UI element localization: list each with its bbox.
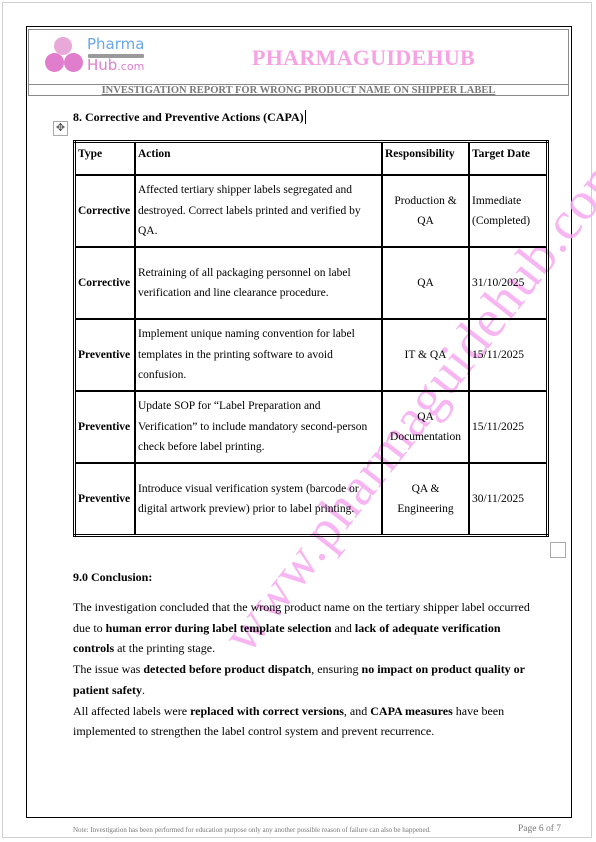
table-row: Preventive Implement unique naming conve… [75, 319, 548, 391]
logo-circle-icon [64, 53, 83, 72]
logo-text-hub: Hub.com [87, 56, 144, 74]
logo-circle-icon [45, 53, 64, 72]
action-cell: Implement unique naming convention for l… [135, 319, 382, 391]
conclusion-paragraph: The investigation concluded that the wro… [73, 597, 533, 659]
logo-text-pharma: Pharma [87, 35, 144, 53]
footer-note: Note: Investigation has been performed f… [73, 826, 431, 834]
responsibility-cell: QA & Engineering [382, 463, 469, 536]
action-cell: Retraining of all packaging personnel on… [135, 247, 382, 319]
page-number: Page 6 of 7 [518, 824, 561, 834]
type-cell: Corrective [75, 247, 136, 319]
target-date-cell: 30/11/2025 [469, 463, 548, 536]
table-row: Preventive Introduce visual verification… [75, 463, 548, 536]
responsibility-cell: QA Documentation [382, 391, 469, 463]
column-header: Action [135, 142, 382, 176]
column-header: Target Date [469, 142, 548, 176]
conclusion-paragraph: All affected labels were replaced with c… [73, 701, 533, 742]
target-date-cell: 15/11/2025 [469, 391, 548, 463]
target-date-cell: Immediate (Completed) [469, 175, 548, 247]
column-header: Type [75, 142, 136, 176]
action-cell: Introduce visual verification system (ba… [135, 463, 382, 536]
table-row: Corrective Retraining of all packaging p… [75, 247, 548, 319]
type-cell: Preventive [75, 463, 136, 536]
report-title: INVESTIGATION REPORT FOR WRONG PRODUCT N… [28, 85, 569, 97]
type-cell: Preventive [75, 391, 136, 463]
table-move-handle-icon[interactable]: ✥ [53, 121, 68, 136]
conclusion-body: The investigation concluded that the wro… [73, 597, 533, 742]
responsibility-cell: IT & QA [382, 319, 469, 391]
type-cell: Corrective [75, 175, 136, 247]
type-cell: Preventive [75, 319, 136, 391]
action-cell: Affected tertiary shipper labels segrega… [135, 175, 382, 247]
action-cell: Update SOP for “Label Preparation and Ve… [135, 391, 382, 463]
table-resize-handle[interactable] [550, 542, 566, 558]
table-row: Preventive Update SOP for “Label Prepara… [75, 391, 548, 463]
text-cursor [305, 110, 306, 124]
pharmaguidehub-logo: Pharma Hub.com [44, 36, 154, 76]
column-header: Responsibility [382, 142, 469, 176]
table-row: Corrective Affected tertiary shipper lab… [75, 175, 548, 247]
brand-title: PHARMAGUIDEHUB [252, 45, 475, 71]
table-header-row: Type Action Responsibility Target Date [75, 142, 548, 176]
conclusion-paragraph: The issue was detected before product di… [73, 659, 533, 700]
responsibility-cell: Production & QA [382, 175, 469, 247]
responsibility-cell: QA [382, 247, 469, 319]
target-date-cell: 31/10/2025 [469, 247, 548, 319]
target-date-cell: 15/11/2025 [469, 319, 548, 391]
conclusion-heading: 9.0 Conclusion: [73, 570, 152, 585]
capa-table: Type Action Responsibility Target Date C… [73, 140, 549, 537]
section-heading: 8. Corrective and Preventive Actions (CA… [73, 110, 306, 125]
